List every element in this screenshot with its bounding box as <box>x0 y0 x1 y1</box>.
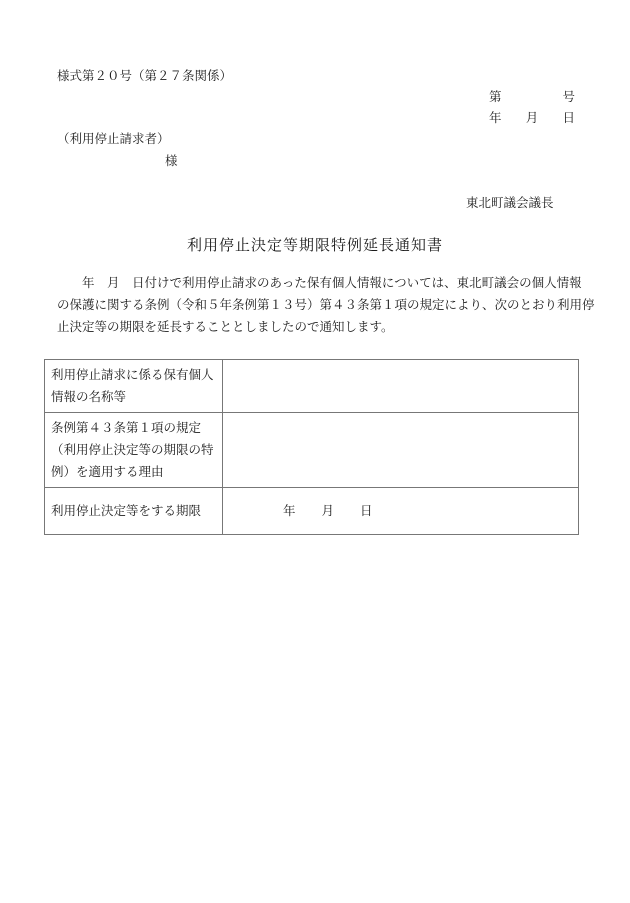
label-line: 条例第４３条第１項の規定 <box>51 417 216 439</box>
body-line: 止決定等の期限を延長することとしましたので通知します。 <box>57 316 577 338</box>
document-number-line: 第 号 <box>489 87 575 105</box>
table-row: 条例第４３条第１項の規定 （利用停止決定等の期限の特 例）を適用する理由 <box>45 413 579 488</box>
requester-label: （利用停止請求者） <box>57 129 170 147</box>
row-value-reason[interactable] <box>223 413 579 488</box>
label-line: 例）を適用する理由 <box>51 461 216 483</box>
deadline-month: 月 <box>322 500 335 522</box>
details-table: 利用停止請求に係る保有個人 情報の名称等 条例第４３条第１項の規定 （利用停止決… <box>44 359 579 535</box>
body-paragraph: 年 月 日付けで利用停止請求のあった保有個人情報については、東北町議会の個人情報… <box>57 272 577 338</box>
row-value-info-name[interactable] <box>223 360 579 413</box>
table-row: 利用停止請求に係る保有個人 情報の名称等 <box>45 360 579 413</box>
row-label-info-name: 利用停止請求に係る保有個人 情報の名称等 <box>45 360 223 413</box>
body-line: 年 月 日付けで利用停止請求のあった保有個人情報については、東北町議会の個人情報 <box>57 272 577 294</box>
date-day: 日 <box>562 108 575 126</box>
issue-date-line: 年 月 日 <box>489 108 575 126</box>
deadline-year: 年 <box>283 500 296 522</box>
date-year: 年 <box>489 108 502 126</box>
label-line: 利用停止決定等をする期限 <box>51 500 216 522</box>
form-number: 様式第２０号（第２７条関係） <box>57 66 232 84</box>
label-line: （利用停止決定等の期限の特 <box>51 439 216 461</box>
deadline-day: 日 <box>360 500 373 522</box>
document-title: 利用停止決定等期限特例延長通知書 <box>0 234 630 255</box>
number-prefix: 第 <box>489 87 502 105</box>
number-suffix: 号 <box>562 87 575 105</box>
table-row: 利用停止決定等をする期限 年月日 <box>45 488 579 535</box>
row-label-reason: 条例第４３条第１項の規定 （利用停止決定等の期限の特 例）を適用する理由 <box>45 413 223 488</box>
body-line: の保護に関する条例（令和５年条例第１３号）第４３条第１項の規定により、次のとおり… <box>57 294 577 316</box>
label-line: 利用停止請求に係る保有個人 <box>51 364 216 386</box>
row-value-deadline[interactable]: 年月日 <box>223 488 579 535</box>
honorific: 様 <box>165 151 178 169</box>
label-line: 情報の名称等 <box>51 386 216 408</box>
row-label-deadline: 利用停止決定等をする期限 <box>45 488 223 535</box>
date-month: 月 <box>526 108 539 126</box>
sender-name: 東北町議会議長 <box>466 193 554 211</box>
